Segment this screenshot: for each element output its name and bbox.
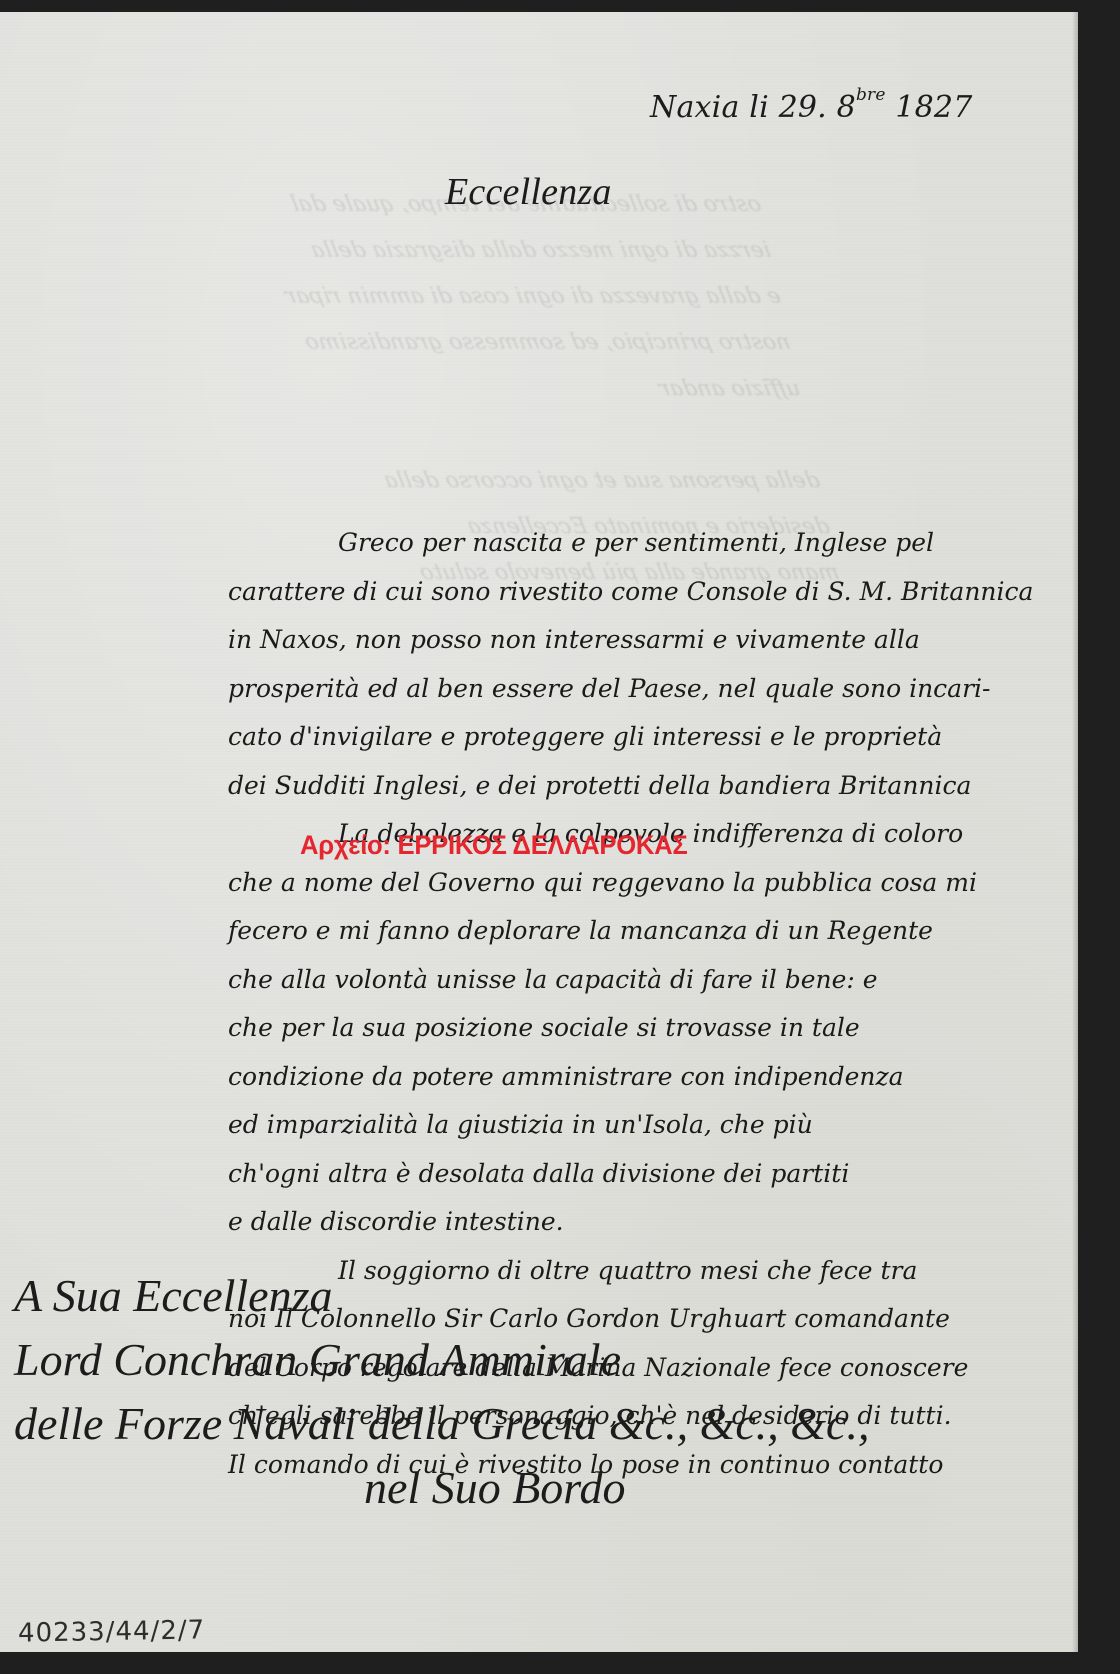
place-date-text: Naxia li 29. 8 xyxy=(650,90,856,125)
body-line: e dalle discordie intestine. xyxy=(228,1198,1078,1247)
body-line: che per la sua posizione sociale si trov… xyxy=(228,1004,1078,1053)
year: 1827 xyxy=(895,90,972,125)
address-line: delle Forze Navali della Grecia &c., &c.… xyxy=(14,1392,869,1456)
place-date: Naxia li 29. 8bre 1827 xyxy=(650,90,973,125)
body-line: che alla volontà unisse la capacità di f… xyxy=(228,956,1078,1005)
body-line: prosperità ed al ben essere del Paese, n… xyxy=(228,665,1078,714)
archive-watermark: Αρχείο: ΕΡΡΙΚΟΣ ΔΕΛΛΑΡΟΚΑΣ xyxy=(300,830,687,861)
body-line: che a nome del Governo qui reggevano la … xyxy=(228,859,1078,908)
letter-page: ostro di sollecitudine del tempo, quale … xyxy=(0,12,1078,1652)
recipient-address: A Sua Eccellenza Lord Conchran Grand Amm… xyxy=(14,1264,869,1520)
body-line: fecero e mi fanno deplorare la mancanza … xyxy=(228,907,1078,956)
archive-reference-number: 40233/44/2/7 xyxy=(18,1615,206,1648)
address-line: Lord Conchran Grand Ammirale xyxy=(14,1328,869,1392)
body-line: condizione da potere amministrare con in… xyxy=(228,1053,1078,1102)
body-line: ch'ogni altra è desolata dalla divisione… xyxy=(228,1150,1078,1199)
address-line: nel Suo Bordo xyxy=(14,1456,869,1520)
scanned-document: ostro di sollecitudine del tempo, quale … xyxy=(0,0,1120,1674)
month-superscript: bre xyxy=(856,85,886,105)
body-line: carattere di cui sono rivestito come Con… xyxy=(228,568,1078,617)
body-line: in Naxos, non posso non interessarmi e v… xyxy=(228,616,1078,665)
body-line: dei Sudditi Inglesi, e dei protetti dell… xyxy=(228,762,1078,811)
body-line: cato d'invigilare e proteggere gli inter… xyxy=(228,713,1078,762)
body-line: ed imparzialità la giustizia in un'Isola… xyxy=(228,1101,1078,1150)
body-line: Greco per nascita e per sentimenti, Ingl… xyxy=(228,519,1078,568)
salutation: Eccellenza xyxy=(445,170,612,214)
address-line: A Sua Eccellenza xyxy=(14,1264,869,1328)
